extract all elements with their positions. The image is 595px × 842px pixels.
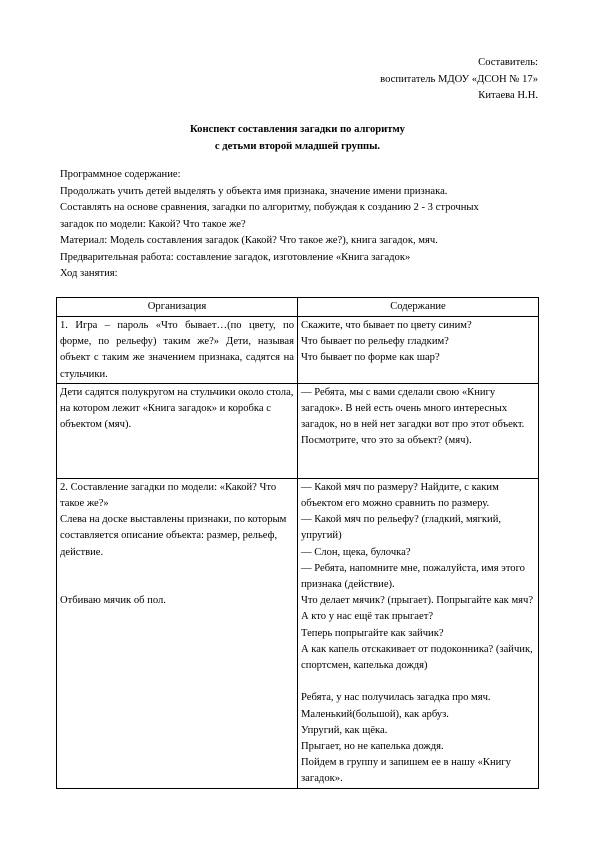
intro-line: Составлять на основе сравнения, загадки … [60,200,540,217]
table-row: 1. Игра – пароль «Что бывает…(по цвету, … [57,317,539,384]
cell-paragraph: 2. Составление загадки по модели: «Какой… [60,480,294,512]
header-content: Содержание [298,298,539,317]
table-row: 2. Составление загадки по модели: «Какой… [57,478,539,788]
document-title: Конспект составления загадки по алгоритм… [0,122,595,155]
cell-paragraph: Маленький(большой), как арбуз. [301,707,535,723]
content-cell: — Ребята, мы с вами сделали свою «Книгу … [298,383,539,478]
cell-paragraph: Дети садятся полукругом на стульчики око… [60,385,294,434]
cell-paragraph: — Какой мяч по размеру? Найдите, с каким… [301,480,535,512]
author-label: Составитель: [380,55,538,72]
intro-line: Материал: Модель составления загадок (Ка… [60,233,540,250]
intro-line: загадок по модели: Какой? Что такое же? [60,217,540,234]
cell-paragraph: Теперь попрыгайте как зайчик? [301,626,535,642]
lesson-table: Организация Содержание 1. Игра – пароль … [56,297,539,789]
cell-paragraph: Ребята, у нас получилась загадка про мяч… [301,690,535,706]
table-header-row: Организация Содержание [57,298,539,317]
intro-line: Программное содержание: [60,167,540,184]
cell-paragraph: Скажите, что бывает по цвету синим? [301,318,535,334]
cell-paragraph [60,561,294,577]
cell-paragraph: А кто у нас ещё так прыгает? [301,609,535,625]
cell-paragraph: Что бывает по рельефу гладким? [301,334,535,350]
content-cell: — Какой мяч по размеру? Найдите, с каким… [298,478,539,788]
cell-paragraph [301,674,535,690]
intro-line: Продолжать учить детей выделять у объект… [60,184,540,201]
cell-paragraph: — Слон, щека, булочка? [301,545,535,561]
cell-paragraph: Что бывает по форме как шар? [301,350,535,366]
cell-paragraph: 1. Игра – пароль «Что бывает…(по цвету, … [60,318,294,383]
content-cell: Скажите, что бывает по цвету синим?Что б… [298,317,539,384]
cell-paragraph: Что делает мячик? (прыгает). Попрыгайте … [301,593,535,609]
organization-cell: 1. Игра – пароль «Что бывает…(по цвету, … [57,317,298,384]
cell-paragraph: — Ребята, напомните мне, пожалуйста, имя… [301,561,535,593]
cell-paragraph [60,577,294,593]
title-line-1: Конспект составления загадки по алгоритм… [0,122,595,139]
cell-paragraph: Пойдем в группу и запишем ее в нашу «Кни… [301,755,535,787]
author-position: воспитатель МДОУ «ДСОН № 17» [380,72,538,89]
cell-paragraph: Упругий, как щёка. [301,723,535,739]
intro-line: Ход занятия: [60,266,540,283]
cell-paragraph: — Ребята, мы с вами сделали свою «Книгу … [301,385,535,450]
intro-line: Предварительная работа: составление зага… [60,250,540,267]
author-block: Составитель: воспитатель МДОУ «ДСОН № 17… [380,55,538,105]
organization-cell: Дети садятся полукругом на стульчики око… [57,383,298,478]
cell-paragraph: Прыгает, но не капелька дождя. [301,739,535,755]
cell-paragraph: Слева на доске выставлены признаки, по к… [60,512,294,561]
author-name: Китаева Н.Н. [380,88,538,105]
header-organization: Организация [57,298,298,317]
cell-paragraph: А как капель отскакивает от подоконника?… [301,642,535,674]
cell-paragraph: — Какой мяч по рельефу? (гладкий, мягкий… [301,512,535,544]
organization-cell: 2. Составление загадки по модели: «Какой… [57,478,298,788]
intro-section: Программное содержание: Продолжать учить… [60,167,540,283]
table-row: Дети садятся полукругом на стульчики око… [57,383,539,478]
title-line-2: с детьми второй младшей группы. [0,139,595,156]
cell-paragraph: Отбиваю мячик об пол. [60,593,294,609]
